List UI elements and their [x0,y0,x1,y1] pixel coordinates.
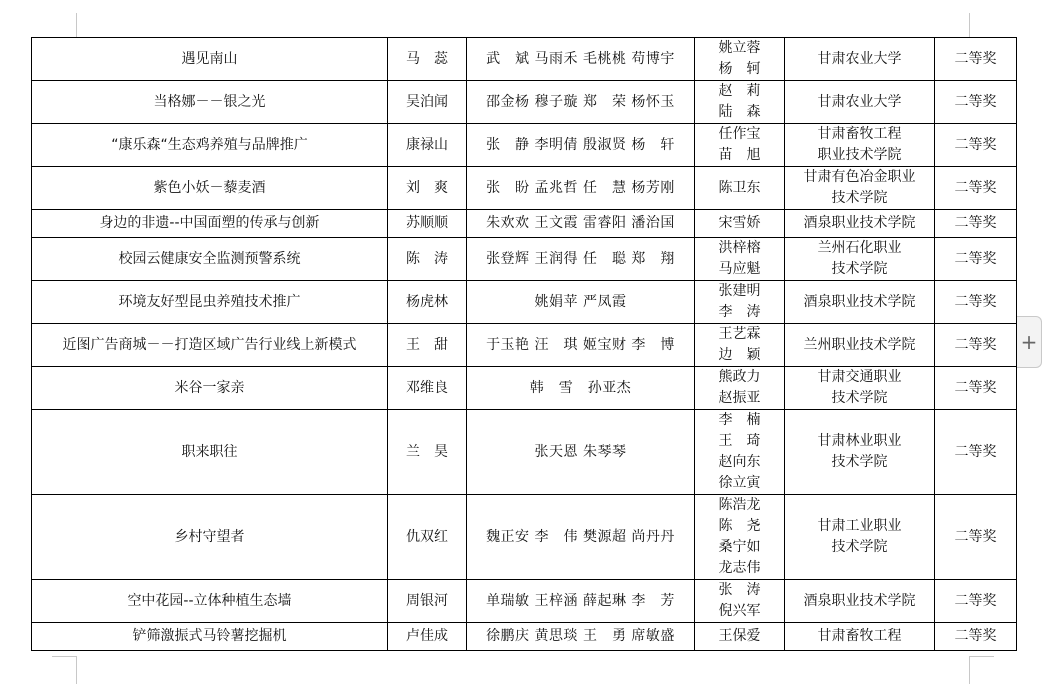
advisors-cell-line: 洪梓榕 [699,238,780,259]
school-cell-line: 甘肃农业大学 [789,49,930,70]
school-cell-line: 技术学院 [789,388,930,409]
project-name-cell[interactable]: “康乐森“生态鸡养殖与品牌推广 [32,124,388,167]
crop-mark-bottom-left-v [76,656,77,684]
advisors-cell[interactable]: 张 涛倪兴军 [695,580,785,623]
award-cell[interactable]: 二等奖 [935,167,1017,210]
leader-cell[interactable]: 卢佳成 [388,623,467,651]
project-name-cell[interactable]: 米谷一家亲 [32,367,388,410]
table-row: 当格娜－－银之光吴泊闻邵金杨 穆子璇 郑 荣 杨怀玉赵 莉陆 森甘肃农业大学二等… [32,81,1017,124]
table-row: 米谷一家亲邓维良韩 雪 孙亚杰熊政力赵振亚甘肃交通职业技术学院二等奖 [32,367,1017,410]
members-cell[interactable]: 单瑞敏 王梓涵 薛起琳 李 芳 [467,580,695,623]
advisors-cell[interactable]: 王保爱 [695,623,785,651]
members-cell[interactable]: 韩 雪 孙亚杰 [467,367,695,410]
school-cell-line: 甘肃畜牧工程 [789,626,930,647]
advisors-cell-line: 陆 森 [699,102,780,123]
advisors-cell[interactable]: 赵 莉陆 森 [695,81,785,124]
project-name-cell[interactable]: 职来职往 [32,410,388,495]
award-cell[interactable]: 二等奖 [935,324,1017,367]
advisors-cell[interactable]: 姚立蓉杨 轲 [695,38,785,81]
school-cell-line: 甘肃有色冶金职业 [789,167,930,188]
school-cell-line: 技术学院 [789,537,930,558]
school-cell-line: 职业技术学院 [789,145,930,166]
leader-cell[interactable]: 康禄山 [388,124,467,167]
advisors-cell-line: 陈卫东 [699,178,780,199]
advisors-cell-line: 杨 轲 [699,59,780,80]
advisors-cell[interactable]: 王艺霖边 颖 [695,324,785,367]
school-cell-line: 甘肃畜牧工程 [789,124,930,145]
members-cell[interactable]: 邵金杨 穆子璇 郑 荣 杨怀玉 [467,81,695,124]
advisors-cell-line: 姚立蓉 [699,38,780,59]
advisors-cell-line: 赵振亚 [699,388,780,409]
project-name-cell[interactable]: 乡村守望者 [32,495,388,580]
school-cell[interactable]: 酒泉职业技术学院 [785,210,935,238]
leader-cell[interactable]: 仇双红 [388,495,467,580]
advisors-cell-line: 王 琦 [699,431,780,452]
school-cell-line: 兰州职业技术学院 [789,335,930,356]
project-name-cell[interactable]: 当格娜－－银之光 [32,81,388,124]
leader-cell[interactable]: 吴泊闻 [388,81,467,124]
leader-cell[interactable]: 杨虎林 [388,281,467,324]
add-row-button[interactable]: + [1017,316,1042,368]
members-cell[interactable]: 魏正安 李 伟 樊源超 尚丹丹 [467,495,695,580]
crop-mark-top-right [969,13,970,37]
school-cell-line: 甘肃交通职业 [789,367,930,388]
advisors-cell-line: 苗 旭 [699,145,780,166]
advisors-cell[interactable]: 张建明李 涛 [695,281,785,324]
table-row: “康乐森“生态鸡养殖与品牌推广康禄山张 静 李明倩 殷淑贤 杨 轩任作宝苗 旭甘… [32,124,1017,167]
award-table: 遇见南山马 蕊武 斌 马雨禾 毛桃桃 苟博宇姚立蓉杨 轲甘肃农业大学二等奖当格娜… [31,37,1017,651]
advisors-cell[interactable]: 任作宝苗 旭 [695,124,785,167]
members-cell[interactable]: 于玉艳 汪 琪 姬宝财 李 博 [467,324,695,367]
advisors-cell-line: 王保爱 [699,626,780,647]
advisors-cell-line: 赵 莉 [699,81,780,102]
members-cell[interactable]: 武 斌 马雨禾 毛桃桃 苟博宇 [467,38,695,81]
leader-cell[interactable]: 周银河 [388,580,467,623]
crop-mark-bottom-right-v [969,656,970,684]
members-cell[interactable]: 姚娟苹 严凤霞 [467,281,695,324]
award-cell[interactable]: 二等奖 [935,238,1017,281]
advisors-cell-line: 张建明 [699,281,780,302]
project-name-cell[interactable]: 近图广告商城－－打造区域广告行业线上新模式 [32,324,388,367]
advisors-cell[interactable]: 陈卫东 [695,167,785,210]
advisors-cell-line: 龙志伟 [699,558,780,579]
members-cell[interactable]: 张登辉 王润得 任 聪 郑 翔 [467,238,695,281]
school-cell-line: 甘肃工业职业 [789,516,930,537]
advisors-cell-line: 边 颖 [699,345,780,366]
crop-mark-bottom-right [969,656,994,657]
school-cell-line: 酒泉职业技术学院 [789,213,930,234]
award-cell[interactable]: 二等奖 [935,210,1017,238]
advisors-cell-line: 熊政力 [699,367,780,388]
table-row: 乡村守望者仇双红魏正安 李 伟 樊源超 尚丹丹陈浩龙陈 尧桑宁如龙志伟甘肃工业职… [32,495,1017,580]
table-row: 校园云健康安全监测预警系统陈 涛张登辉 王润得 任 聪 郑 翔洪梓榕马应魁兰州石… [32,238,1017,281]
school-cell[interactable]: 兰州职业技术学院 [785,324,935,367]
advisors-cell-line: 李 涛 [699,302,780,323]
award-cell[interactable]: 二等奖 [935,367,1017,410]
award-cell[interactable]: 二等奖 [935,124,1017,167]
advisors-cell-line: 李 楠 [699,410,780,431]
advisors-cell-line: 任作宝 [699,124,780,145]
table-row: 紫色小妖－藜麦酒刘 爽张 盼 孟兆哲 任 慧 杨芳刚陈卫东甘肃有色冶金职业技术学… [32,167,1017,210]
members-cell[interactable]: 张 静 李明倩 殷淑贤 杨 轩 [467,124,695,167]
advisors-cell-line: 赵向东 [699,452,780,473]
advisors-cell-line: 徐立寅 [699,473,780,494]
advisors-cell-line: 王艺霖 [699,324,780,345]
advisors-cell-line: 陈 尧 [699,516,780,537]
project-name-cell[interactable]: 身边的非遗--中国面塑的传承与创新 [32,210,388,238]
members-cell[interactable]: 张 盼 孟兆哲 任 慧 杨芳刚 [467,167,695,210]
school-cell-line: 兰州石化职业 [789,238,930,259]
award-cell[interactable]: 二等奖 [935,281,1017,324]
project-name-cell[interactable]: 空中花园--立体种植生态墙 [32,580,388,623]
advisors-cell[interactable]: 李 楠王 琦赵向东徐立寅 [695,410,785,495]
advisors-cell-line: 宋雪娇 [699,213,780,234]
crop-mark-top-left [76,13,77,37]
table-row: 空中花园--立体种植生态墙周银河单瑞敏 王梓涵 薛起琳 李 芳张 涛倪兴军酒泉职… [32,580,1017,623]
school-cell[interactable]: 兰州石化职业技术学院 [785,238,935,281]
advisors-cell[interactable]: 陈浩龙陈 尧桑宁如龙志伟 [695,495,785,580]
project-name-cell[interactable]: 遇见南山 [32,38,388,81]
leader-cell[interactable]: 陈 涛 [388,238,467,281]
advisors-cell-line: 马应魁 [699,259,780,280]
school-cell[interactable]: 甘肃畜牧工程 [785,623,935,651]
award-cell[interactable]: 二等奖 [935,410,1017,495]
table-row: 铲筛激振式马铃薯挖掘机卢佳成徐鹏庆 黄思琰 王 勇 席敏盛王保爱甘肃畜牧工程二等… [32,623,1017,651]
table-row: 遇见南山马 蕊武 斌 马雨禾 毛桃桃 苟博宇姚立蓉杨 轲甘肃农业大学二等奖 [32,38,1017,81]
school-cell[interactable]: 甘肃工业职业技术学院 [785,495,935,580]
school-cell-line: 技术学院 [789,188,930,209]
school-cell[interactable]: 甘肃畜牧工程职业技术学院 [785,124,935,167]
plus-icon: + [1021,330,1038,354]
award-cell[interactable]: 二等奖 [935,38,1017,81]
school-cell-line: 技术学院 [789,259,930,280]
leader-cell[interactable]: 王 甜 [388,324,467,367]
school-cell-line: 酒泉职业技术学院 [789,591,930,612]
leader-cell[interactable]: 邓维良 [388,367,467,410]
leader-cell[interactable]: 马 蕊 [388,38,467,81]
school-cell[interactable]: 酒泉职业技术学院 [785,281,935,324]
members-cell[interactable]: 朱欢欢 王文霞 雷睿阳 潘治国 [467,210,695,238]
school-cell-line: 技术学院 [789,452,930,473]
school-cell[interactable]: 甘肃有色冶金职业技术学院 [785,167,935,210]
award-cell[interactable]: 二等奖 [935,580,1017,623]
members-cell[interactable]: 张天恩 朱琴琴 [467,410,695,495]
advisors-cell[interactable]: 洪梓榕马应魁 [695,238,785,281]
advisors-cell[interactable]: 熊政力赵振亚 [695,367,785,410]
table-row: 环境友好型昆虫养殖技术推广杨虎林姚娟苹 严凤霞张建明李 涛酒泉职业技术学院二等奖 [32,281,1017,324]
school-cell[interactable]: 甘肃交通职业技术学院 [785,367,935,410]
advisors-cell-line: 桑宁如 [699,537,780,558]
leader-cell[interactable]: 兰 昊 [388,410,467,495]
members-cell[interactable]: 徐鹏庆 黄思琰 王 勇 席敏盛 [467,623,695,651]
school-cell[interactable]: 甘肃农业大学 [785,81,935,124]
table-row: 身边的非遗--中国面塑的传承与创新苏顺顺朱欢欢 王文霞 雷睿阳 潘治国宋雪娇酒泉… [32,210,1017,238]
project-name-cell[interactable]: 环境友好型昆虫养殖技术推广 [32,281,388,324]
advisors-cell-line: 倪兴军 [699,601,780,622]
award-cell[interactable]: 二等奖 [935,81,1017,124]
project-name-cell[interactable]: 紫色小妖－藜麦酒 [32,167,388,210]
advisors-cell-line: 张 涛 [699,580,780,601]
table-row: 职来职往兰 昊张天恩 朱琴琴李 楠王 琦赵向东徐立寅甘肃林业职业技术学院二等奖 [32,410,1017,495]
school-cell[interactable]: 酒泉职业技术学院 [785,580,935,623]
school-cell-line: 酒泉职业技术学院 [789,292,930,313]
advisors-cell-line: 陈浩龙 [699,495,780,516]
award-cell[interactable]: 二等奖 [935,495,1017,580]
school-cell[interactable]: 甘肃农业大学 [785,38,935,81]
school-cell-line: 甘肃农业大学 [789,92,930,113]
crop-mark-bottom-left [52,656,77,657]
advisors-cell[interactable]: 宋雪娇 [695,210,785,238]
leader-cell[interactable]: 苏顺顺 [388,210,467,238]
table-row: 近图广告商城－－打造区域广告行业线上新模式王 甜于玉艳 汪 琪 姬宝财 李 博王… [32,324,1017,367]
leader-cell[interactable]: 刘 爽 [388,167,467,210]
school-cell-line: 甘肃林业职业 [789,431,930,452]
project-name-cell[interactable]: 铲筛激振式马铃薯挖掘机 [32,623,388,651]
project-name-cell[interactable]: 校园云健康安全监测预警系统 [32,238,388,281]
school-cell[interactable]: 甘肃林业职业技术学院 [785,410,935,495]
award-cell[interactable]: 二等奖 [935,623,1017,651]
